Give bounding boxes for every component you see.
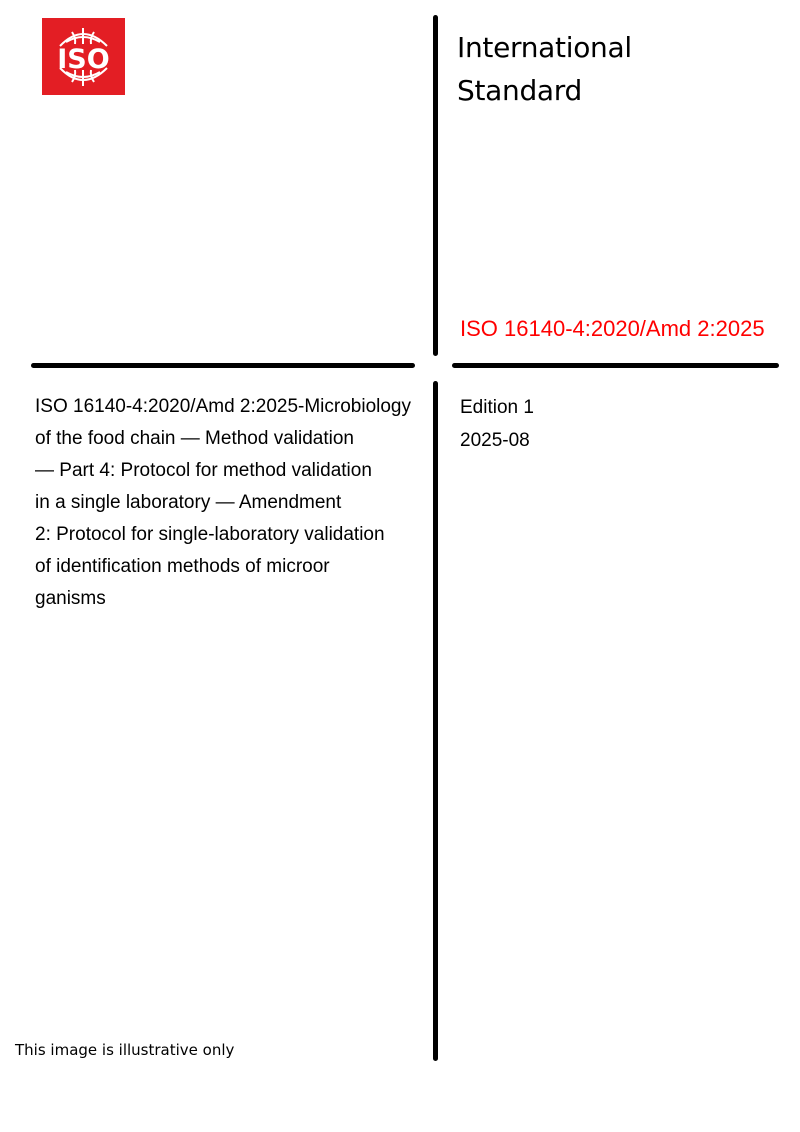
title-line: ganisms [35,583,465,615]
edition-label: Edition 1 [460,391,534,424]
vertical-divider-top [433,15,438,356]
title-line: in a single laboratory — Amendment [35,487,465,519]
horizontal-divider-right [452,363,779,368]
document-type-line: Standard [457,69,632,112]
iso-globe-logo-icon: ISO [42,18,125,95]
illustrative-caption: This image is illustrative only [15,1041,234,1059]
svg-text:ISO: ISO [57,44,109,75]
title-line: 2: Protocol for single-laboratory valida… [35,519,465,551]
horizontal-divider-left [31,363,415,368]
edition-info: Edition 1 2025-08 [460,391,534,457]
title-line: of the food chain — Method validation [35,423,465,455]
publication-date: 2025-08 [460,424,534,457]
document-type: International Standard [457,26,632,112]
title-line: — Part 4: Protocol for method validation [35,455,465,487]
standard-title: ISO 16140-4:2020/Amd 2:2025-Microbiology… [35,391,465,615]
title-line: ISO 16140-4:2020/Amd 2:2025-Microbiology [35,391,465,423]
title-line: of identification methods of microor [35,551,465,583]
standard-designation: ISO 16140-4:2020/Amd 2:2025 [460,316,765,342]
document-type-line: International [457,26,632,69]
iso-logo: ISO [42,18,125,95]
